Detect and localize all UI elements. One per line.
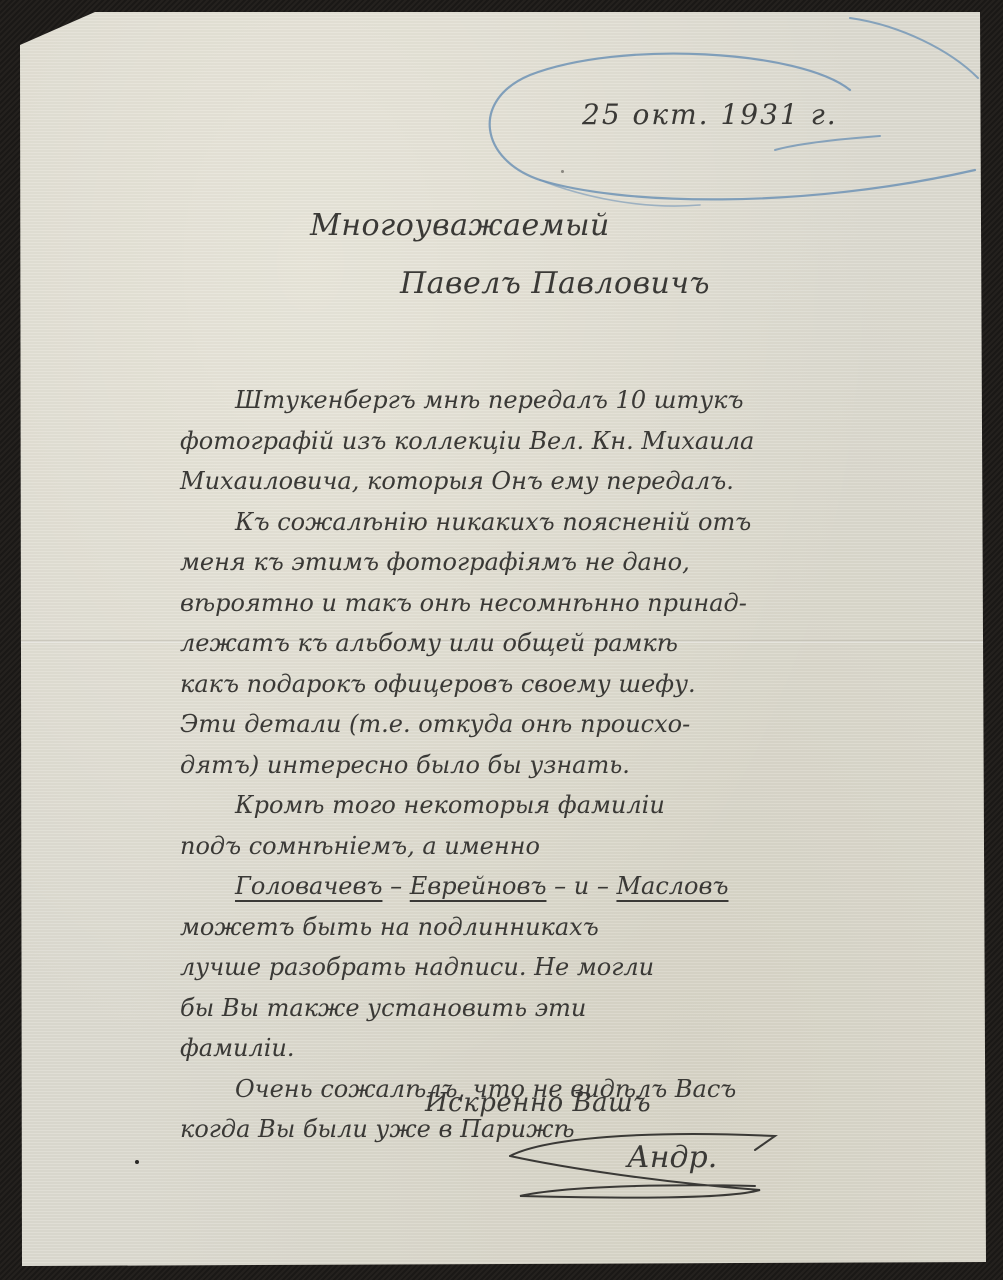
body-line: подъ сомнѣніемъ, а именно xyxy=(180,826,950,867)
body-line: Штукенбергъ мнѣ передалъ 10 штукъ xyxy=(180,380,950,421)
paper-mark xyxy=(561,170,564,173)
body-line: меня къ этимъ фотографіямъ не дано, xyxy=(180,542,950,583)
body-line: вѣроятно и такъ онѣ несомнѣнно принад- xyxy=(180,583,950,624)
separator-dash: – и – xyxy=(554,872,616,900)
body-line: лучше разобрать надписи. Не могли xyxy=(180,947,950,988)
underlined-name: Еврейновъ xyxy=(410,872,547,900)
letter-body: Штукенбергъ мнѣ передалъ 10 штукъ фотогр… xyxy=(180,380,950,1150)
separator-dash: – xyxy=(390,872,410,900)
body-line: лежатъ къ альбому или общей рамкѣ xyxy=(180,623,950,664)
ink-speck xyxy=(135,1160,139,1164)
body-line: Къ сожалѣнію никакихъ поясненій отъ xyxy=(180,502,950,543)
letter-date: 25 окт. 1931 г. xyxy=(582,98,838,131)
body-line: Эти детали (т.е. откуда онѣ происхо- xyxy=(180,704,950,745)
body-line: можетъ быть на подлинникахъ xyxy=(180,907,950,948)
signature: Андр. xyxy=(505,1128,785,1208)
signature-text: Андр. xyxy=(627,1140,717,1175)
salutation-greeting: Многоуважаемый xyxy=(310,208,610,243)
body-line: фотографій изъ коллекціи Вел. Кн. Михаил… xyxy=(180,421,950,462)
underlined-name: Масловъ xyxy=(616,872,728,900)
body-line: какъ подарокъ офицеровъ своему шефу. xyxy=(180,664,950,705)
body-line: Кромѣ того некоторыя фамиліи xyxy=(180,785,950,826)
body-line: дятъ) интересно было бы узнать. xyxy=(180,745,950,786)
body-line-underlined-names: Головачевъ – Еврейновъ – и – Масловъ xyxy=(180,866,950,907)
salutation-name: Павелъ Павловичъ xyxy=(400,266,710,301)
body-line: бы Вы также установить эти xyxy=(180,988,950,1029)
body-line: Михаиловича, которыя Онъ ему передалъ. xyxy=(180,461,950,502)
closing-phrase: Искренно Вашъ xyxy=(425,1088,651,1118)
underlined-name: Головачевъ xyxy=(235,872,382,900)
body-line: фамиліи. xyxy=(180,1028,950,1069)
